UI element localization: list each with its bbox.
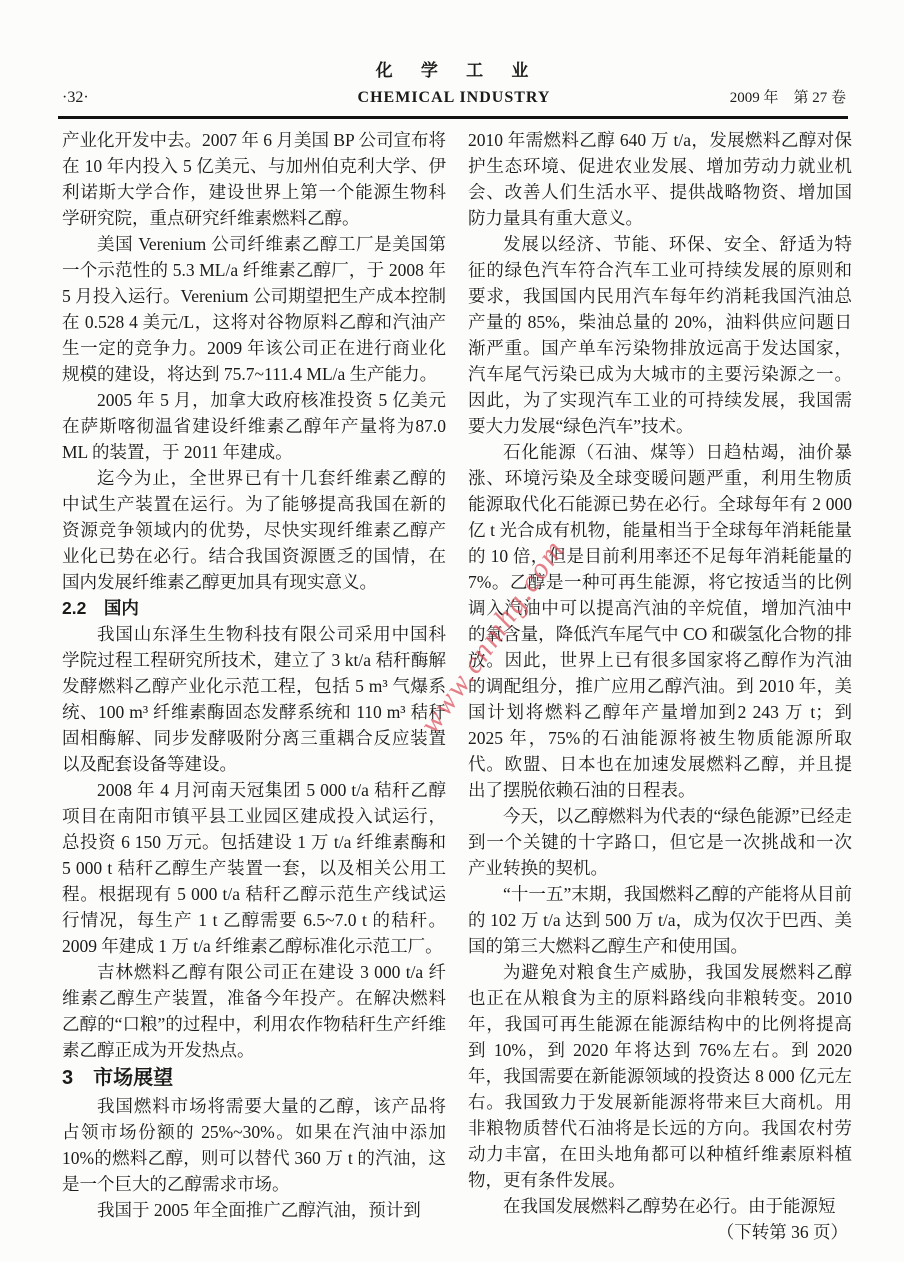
paragraph: 在我国发展燃料乙醇势在必行。由于能源短 — [468, 1193, 852, 1219]
paragraph: 产业化开发中去。2007 年 6 月美国 BP 公司宣布将在 10 年内投入 5… — [62, 127, 446, 231]
masthead-row: ·32· CHEMICAL INDUSTRY 2009 年 第 27 卷 — [62, 86, 846, 107]
section-heading: 2.2 国内 — [62, 595, 446, 621]
paragraph: 为避免对粮食生产威胁，我国发展燃料乙醇也正在从粮食为主的原料路线向非粮转变。20… — [468, 959, 852, 1193]
paragraph: 2008 年 4 月河南天冠集团 5 000 t/a 秸秆乙醇项目在南阳市镇平县… — [62, 777, 446, 959]
journal-page: 化 学 工 业 ·32· CHEMICAL INDUSTRY 2009 年 第 … — [0, 0, 904, 1262]
paragraph: 迄今为止，全世界已有十几套纤维素乙醇的中试生产装置在运行。为了能够提高我国在新的… — [62, 465, 446, 595]
paragraph: 2010 年需燃料乙醇 640 万 t/a，发展燃料乙醇对保护生态环境、促进农业… — [468, 127, 852, 231]
paragraph: 2005 年 5 月，加拿大政府核准投资 5 亿美元在萨斯喀彻温省建设纤维素乙醇… — [62, 387, 446, 465]
paragraph: 吉林燃料乙醇有限公司正在建设 3 000 t/a 纤维素乙醇生产装置，准备今年投… — [62, 959, 446, 1063]
article-body: 产业化开发中去。2007 年 6 月美国 BP 公司宣布将在 10 年内投入 5… — [62, 127, 852, 1245]
continued-note: （下转第 36 页） — [468, 1219, 852, 1245]
paragraph: 我国山东泽生生物科技有限公司采用中国科学院过程工程研究所技术，建立了 3 kt/… — [62, 621, 446, 777]
paragraph: 美国 Verenium 公司纤维素乙醇工厂是美国第一个示范性的 5.3 ML/a… — [62, 231, 446, 387]
header-rule — [58, 116, 848, 119]
masthead: 化 学 工 业 ·32· CHEMICAL INDUSTRY 2009 年 第 … — [0, 0, 904, 119]
right-column: 2010 年需燃料乙醇 640 万 t/a，发展燃料乙醇对保护生态环境、促进农业… — [468, 127, 852, 1245]
paragraph: 石化能源（石油、煤等）日趋枯竭，油价暴涨、环境污染及全球变暖问题严重，利用生物质… — [468, 439, 852, 803]
paragraph: “十一五”末期，我国燃料乙醇的产能将从目前的 102 万 t/a 达到 500 … — [468, 881, 852, 959]
left-column: 产业化开发中去。2007 年 6 月美国 BP 公司宣布将在 10 年内投入 5… — [62, 127, 446, 1245]
paragraph: 发展以经济、节能、环保、安全、舒适为特征的绿色汽车符合汽车工业可持续发展的原则和… — [468, 231, 852, 439]
issue-info: 2009 年 第 27 卷 — [696, 86, 846, 107]
section-heading: 3 市场展望 — [62, 1063, 446, 1093]
paragraph: 今天，以乙醇燃料为代表的“绿色能源”已经走到一个关键的十字路口，但它是一次挑战和… — [468, 803, 852, 881]
journal-title-en: CHEMICAL INDUSTRY — [212, 89, 696, 107]
paragraph: 我国燃料市场将需要大量的乙醇，该产品将占领市场份额的 25%~30%。如果在汽油… — [62, 1093, 446, 1197]
paragraph: 我国于 2005 年全面推广乙醇汽油，预计到 — [62, 1197, 446, 1223]
page-number: ·32· — [62, 89, 212, 107]
journal-title-cn: 化 学 工 业 — [0, 56, 904, 81]
